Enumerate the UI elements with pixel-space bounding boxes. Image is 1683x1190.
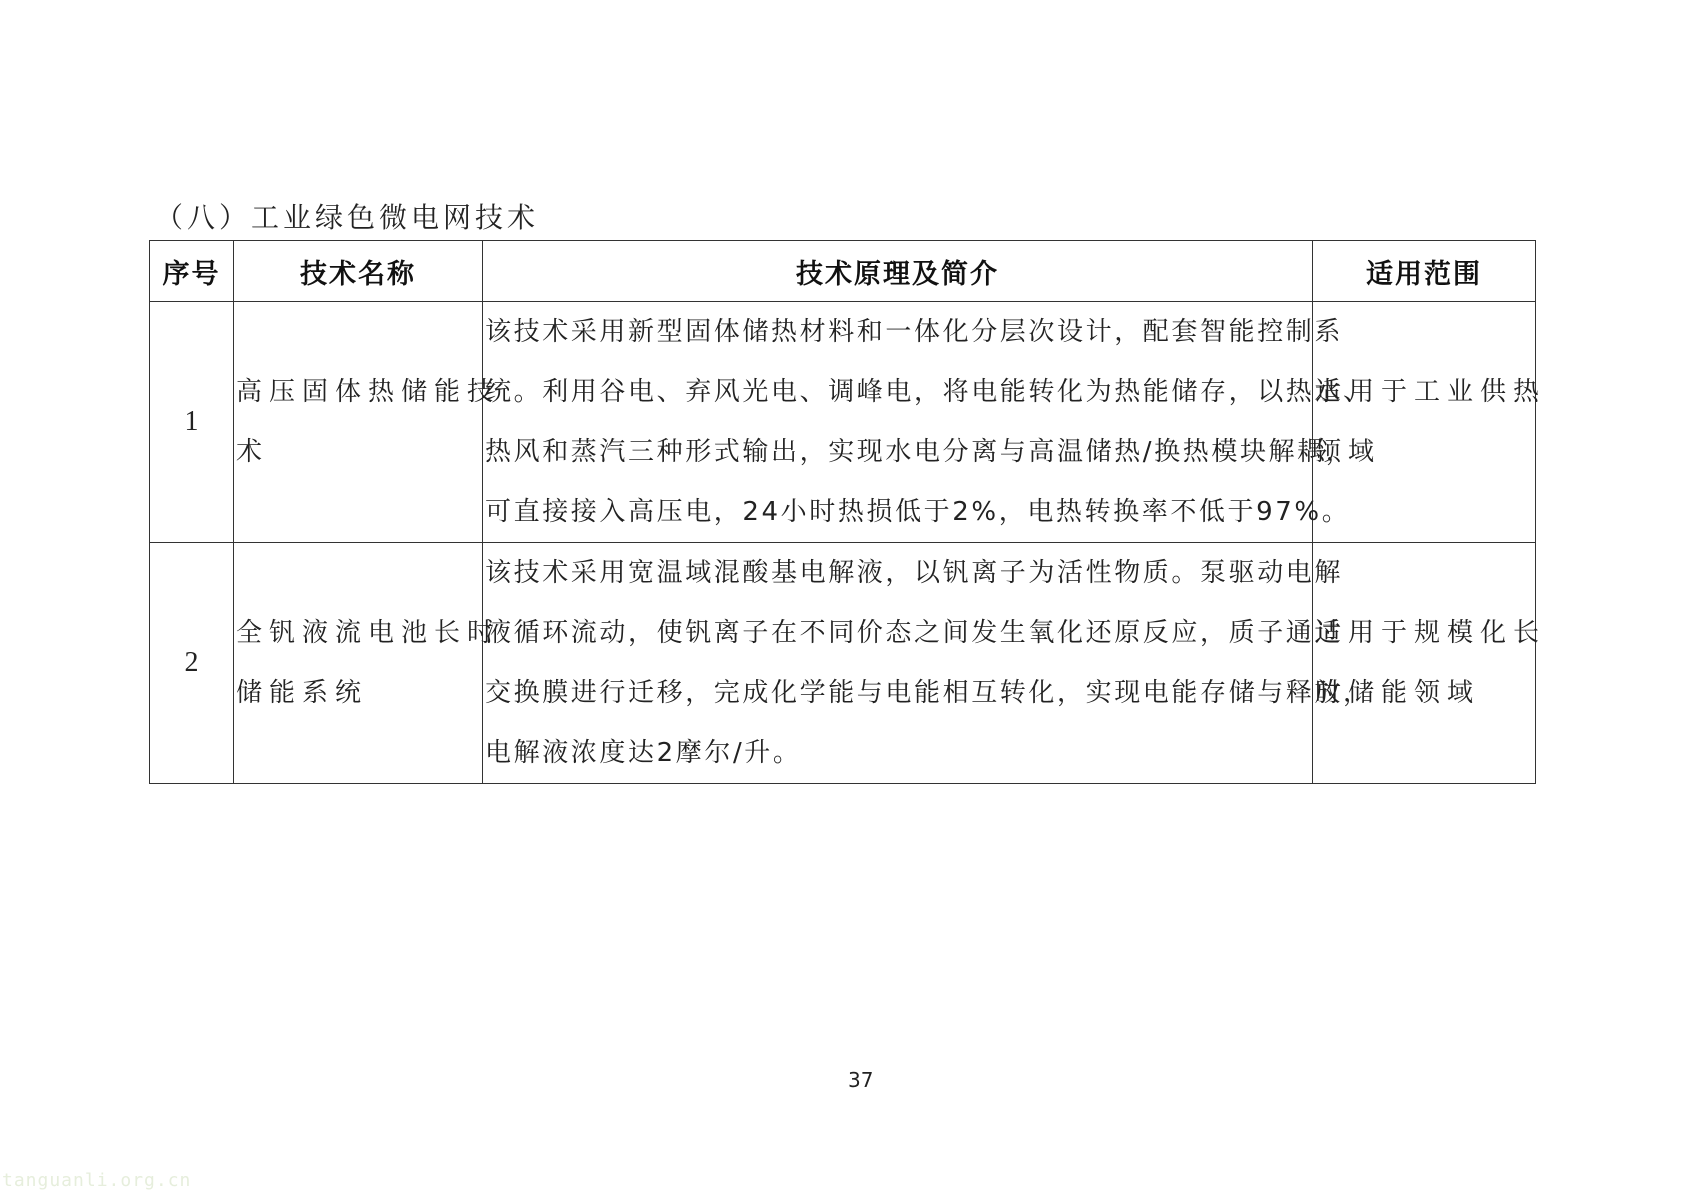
name-line: 高压固体热储能技 [236, 362, 482, 422]
header-seq: 序号 [150, 241, 234, 302]
header-name: 技术名称 [234, 241, 483, 302]
scope-line: 适用于规模化长 [1315, 603, 1535, 663]
name-line: 术 [236, 422, 482, 482]
cell-name: 高压固体热储能技 术 [234, 302, 483, 543]
cell-scope: 适用于规模化长 时储能领域 [1313, 543, 1536, 784]
table-row: 1 高压固体热储能技 术 该技术采用新型固体储热材料和一体化分层次设计，配套智能… [150, 302, 1536, 543]
header-scope: 适用范围 [1313, 241, 1536, 302]
desc-line: 热风和蒸汽三种形式输出，实现水电分离与高温储热/换热模块解耦， [485, 422, 1312, 482]
desc-line: 统。利用谷电、弃风光电、调峰电，将电能转化为热能储存，以热水、 [485, 362, 1312, 422]
table-row: 2 全钒液流电池长时 储能系统 该技术采用宽温域混酸基电解液，以钒离子为活性物质… [150, 543, 1536, 784]
cell-seq: 1 [150, 302, 234, 543]
cell-name: 全钒液流电池长时 储能系统 [234, 543, 483, 784]
desc-line: 交换膜进行迁移，完成化学能与电能相互转化，实现电能存储与释放， [485, 663, 1312, 723]
cell-seq: 2 [150, 543, 234, 784]
table-header-row: 序号 技术名称 技术原理及简介 适用范围 [150, 241, 1536, 302]
desc-line: 该技术采用新型固体储热材料和一体化分层次设计，配套智能控制系 [485, 302, 1312, 362]
section-title: （八）工业绿色微电网技术 [155, 196, 539, 236]
name-line: 全钒液流电池长时 [236, 603, 482, 663]
cell-description: 该技术采用新型固体储热材料和一体化分层次设计，配套智能控制系 统。利用谷电、弃风… [483, 302, 1313, 543]
desc-line: 电解液浓度达2摩尔/升。 [485, 723, 1312, 783]
header-description: 技术原理及简介 [483, 241, 1313, 302]
watermark: tanguanli.org.cn [2, 1170, 191, 1190]
name-line: 储能系统 [236, 663, 482, 723]
page-number: 37 [848, 1068, 873, 1092]
desc-line: 该技术采用宽温域混酸基电解液，以钒离子为活性物质。泵驱动电解 [485, 543, 1312, 603]
desc-line: 液循环流动，使钒离子在不同价态之间发生氧化还原反应，质子通过 [485, 603, 1312, 663]
scope-line: 适用于工业供热 [1315, 362, 1535, 422]
scope-line: 领域 [1315, 422, 1535, 482]
scope-line: 时储能领域 [1315, 663, 1535, 723]
cell-description: 该技术采用宽温域混酸基电解液，以钒离子为活性物质。泵驱动电解 液循环流动，使钒离… [483, 543, 1313, 784]
technology-table: 序号 技术名称 技术原理及简介 适用范围 1 高压固体热储能技 术 该技术采用新… [149, 240, 1536, 784]
desc-line: 可直接接入高压电，24小时热损低于2%，电热转换率不低于97%。 [485, 482, 1312, 542]
